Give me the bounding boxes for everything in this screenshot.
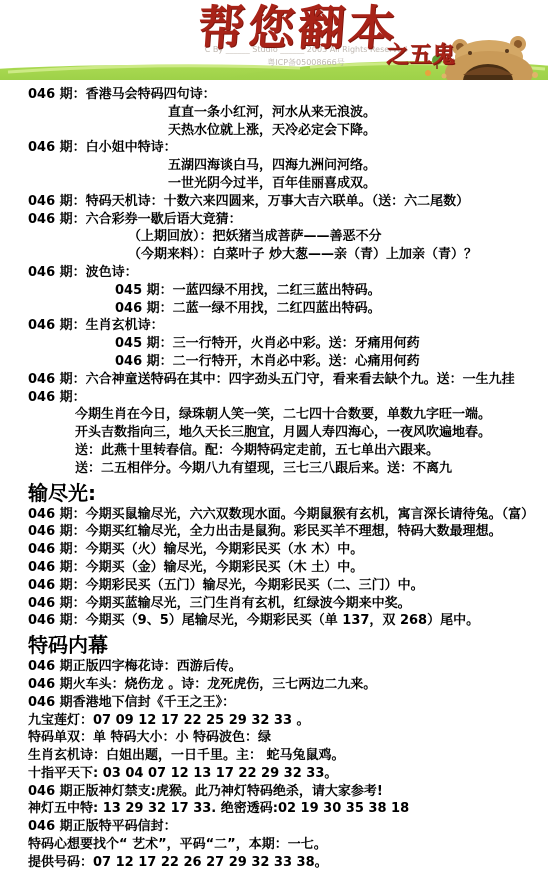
bear-mound-icon bbox=[445, 36, 533, 84]
page-title-suffix: 之五鬼 bbox=[386, 36, 455, 69]
text-line: 开头吉数指向三，地久天长三胞宜，月圆人寿四海心，一夜风吹遍地春。 bbox=[0, 424, 548, 442]
text-line: 九宝莲灯：07 09 12 17 22 25 29 32 33 。 bbox=[0, 712, 548, 730]
tip-sheet-page: 帮您翻本 之五鬼 C By ______ Studio ______ 2003 … bbox=[0, 0, 548, 871]
section-heading: 输尽光: bbox=[0, 482, 548, 504]
text-line: 046 期：今期买红输尽光，全力出击是鼠狗。彩民买羊不理想，特码大数最理想。 bbox=[0, 523, 548, 541]
text-line: 046 期：二蓝一绿不用找，二红四蓝出特码。 bbox=[0, 300, 548, 318]
section-heading: 特码内幕 bbox=[0, 634, 548, 656]
text-line: 046 期：香港马会特码四句诗： bbox=[0, 86, 548, 104]
text-line: 046 期正版特平码信封： bbox=[0, 818, 548, 836]
text-line: 046 期：今期买蓝输尽光，三门生肖有玄机，红绿波今期来中奖。 bbox=[0, 595, 548, 613]
text-line: 今期生肖在今日，绿珠朝人笑一笑，二七四十合数要，单数九字旺一端。 bbox=[0, 406, 548, 424]
text-line: 提供号码：07 12 17 22 26 27 29 32 33 38。 bbox=[0, 854, 548, 871]
text-line: 046 期：波色诗： bbox=[0, 264, 548, 282]
text-line: 046 期正版四字梅花诗：西游后传。 bbox=[0, 658, 548, 676]
text-line: 直直一条小红河，河水从来无浪波。 bbox=[0, 104, 548, 122]
text-line: 046 期：今期买（金）输尽光，今期彩民买（木 土）中。 bbox=[0, 559, 548, 577]
text-line: 046 期：今期买鼠输尽光，六六双数现水面。今期鼠猴有玄机，寓言深长请待兔。（富… bbox=[0, 506, 548, 524]
text-line: 五湖四海谈白马，四海九洲问河络。 bbox=[0, 157, 548, 175]
text-line: （上期回放）：把妖猪当成菩萨——善恶不分 bbox=[0, 228, 548, 246]
text-line: 046 期：六合神童送特码在其中：四字劲头五门守，看来看去缺个九。送：一生九挂 bbox=[0, 371, 548, 389]
text-line: （今期来料）：白菜叶子 炒大葱——亲（青）上加亲（青）？ bbox=[0, 246, 548, 264]
text-line: 046 期：二一行特开，木肖必中彩。送：心痛用何药 bbox=[0, 353, 548, 371]
text-line: 046 期： bbox=[0, 389, 548, 407]
text-line: 046 期火车头：烧伤龙 。诗：龙死虎伤，三七两边二九来。 bbox=[0, 676, 548, 694]
text-line: 046 期：特码天机诗：十数六来四圆来，万事大吉六联单。（送：六二尾数） bbox=[0, 193, 548, 211]
text-line: 十指平天下: 03 04 07 12 13 17 22 29 32 33。 bbox=[0, 765, 548, 783]
text-line: 046 期香港地下信封《千王之王》： bbox=[0, 694, 548, 712]
text-line: 045 期：一蓝四绿不用找，二红三蓝出特码。 bbox=[0, 282, 548, 300]
pebble-icon bbox=[442, 74, 447, 79]
text-line: 046 期：生肖玄机诗： bbox=[0, 317, 548, 335]
text-line: 046 期正版神灯禁支:虎猴。此乃神灯特码绝杀，请大家参考! bbox=[0, 783, 548, 801]
text-line: 046 期：六合彩券一歇后语大竞猜： bbox=[0, 211, 548, 229]
icp-watermark: 粤ICP备05008666号 bbox=[226, 57, 386, 68]
text-line: 特码心想要找个“ 艺术”，平码“二”，本期：一七。 bbox=[0, 836, 548, 854]
text-line: 送：二五相伴分。今期八九有望现，三七三八跟后来。送：不离九 bbox=[0, 460, 548, 478]
text-line: 一世光阴今过半，百年佳丽喜成双。 bbox=[0, 175, 548, 193]
text-line: 045 期：三一行特开，火肖必中彩。送：牙痛用何药 bbox=[0, 335, 548, 353]
text-line: 特码单双：单 特码大小：小 特码波色：绿 bbox=[0, 729, 548, 747]
text-line: 生肖玄机诗：白姐出题，一日千里。主： 蛇马兔鼠鸡。 bbox=[0, 747, 548, 765]
flower-icon bbox=[425, 70, 431, 76]
text-line: 046 期：今期彩民买（五门）输尽光，今期彩民买（二、三门）中。 bbox=[0, 577, 548, 595]
text-line: 神灯五中特: 13 29 32 17 33. 绝密透码:02 19 30 35 … bbox=[0, 800, 548, 818]
content-lines: 046 期：香港马会特码四句诗：直直一条小红河，河水从来无浪波。天热水位就上涨，… bbox=[0, 84, 548, 871]
text-line: 046 期：白小姐中特诗： bbox=[0, 139, 548, 157]
text-line: 送：此燕十里转春信。配：今期特码定走前，五七单出六跟来。 bbox=[0, 442, 548, 460]
header: 帮您翻本 之五鬼 C By ______ Studio ______ 2003 … bbox=[0, 0, 548, 84]
text-line: 046 期：今期买（9、5）尾输尽光，今期彩民买（单 137，双 268）尾中。 bbox=[0, 612, 548, 630]
page-title: 帮您翻本 bbox=[196, 0, 400, 58]
text-line: 天热水位就上涨，天冷必定会下降。 bbox=[0, 122, 548, 140]
text-line: 046 期：今期买（火）输尽光，今期彩民买（水 木）中。 bbox=[0, 541, 548, 559]
pebble-icon-2 bbox=[532, 72, 538, 78]
